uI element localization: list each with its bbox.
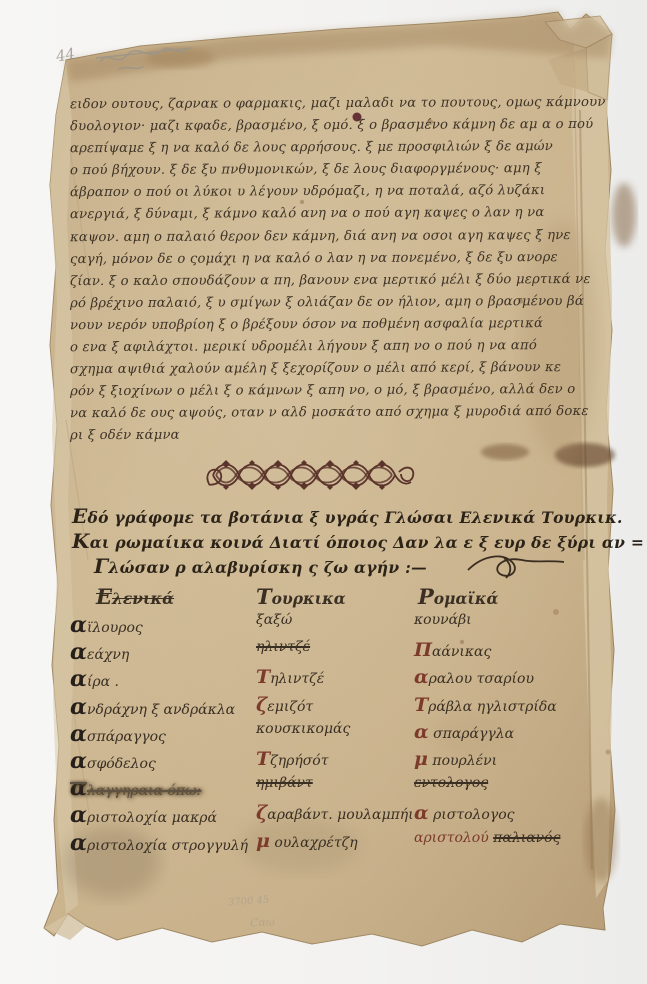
manuscript-line: ο ενα ξ αφιλάχτοι. μερικί υδρομέλι λήγου… [70,338,615,362]
table-row-struck: αλαγγηραια όπω: ημιβάντ εντολογος [66,775,626,802]
heading-line: Και ρωμαίικα κοινά Διατί όποιος Δαν λα ε… [72,529,612,554]
cell-turkish: ηλιντζέ [256,639,310,655]
cell-turkish: ζαραβάντ. μουλαμπήι [256,802,414,824]
manuscript-line: δυολογιον· μαζι κφαδε, βρασμένο, ξ ομό. … [70,117,615,141]
cell-greek: αεάχνη [70,639,129,665]
manuscript-line: ρι ξ οδέν κάμνα [70,426,615,450]
table-row: αίρα . Τηλιντζέ αραλου τσαρίου [66,666,626,693]
heading-line: Γλώσαν ρ αλαβυρίσκη ς ζω αγήν :— [72,554,612,579]
cell-romanian: Παάνικας [414,639,491,661]
cell-greek: ανδράχνη ξ ανδράκλα [70,694,235,720]
top-stain [66,12,612,82]
table-row: αριστολοχία στρογγυλή μ ουλαχρέτζη αριστ… [66,830,626,857]
header-turkish: Τουρκικα [256,584,346,609]
manuscript-line: νουν νερόν υποβρίοη ξ ο βρέξουν όσον να … [70,316,615,340]
pencil-note: Cαω [250,915,275,929]
manuscript-line: ρόν ξ ξιοχίνων ο μέλι ξ ο κάμνων ξ απη ν… [70,382,615,406]
cell-turkish: κουσκικομάς [256,721,350,737]
header-romanian: Ρομαϊκά [418,584,498,609]
manuscript-line: αρεπίψαμε ξ η να καλό δε λους αρρήσους. … [70,139,615,163]
cell-turkish: μ ουλαχρέτζη [256,830,358,852]
table-row: ασφόδελος Τζηρήσότ μ πουρλένι [66,748,626,775]
glossary-table: Ελενικά Τουρκικα Ρομαϊκά αϊλουρος ξαξώ κ… [66,584,626,857]
cell-turkish: ξαξώ [256,612,292,628]
torn-corner [545,16,612,100]
table-row: αριστολοχία μακρά ζαραβάντ. μουλαμπήι α … [66,802,626,829]
cell-word-struck: παλιανός [493,830,560,846]
table-row: αεάχνη ηλιντζέ Παάνικας [66,639,626,666]
cell-romanian: α σπαράγγλα [414,721,514,743]
manuscript-line: καψον. αμη ο παλαιό θερον δεν κάμνη, διά… [70,227,615,251]
cell-turkish: ημιβάντ [256,775,313,791]
cell-romanian: μ πουρλένι [414,748,497,770]
header-greek: Ελενικά [96,584,174,609]
cell-romanian: Τράβλα ηγλιστρίδα [414,694,557,716]
cell-word-rubric: αριστολού [414,830,489,846]
cell-greek: αίρα . [70,666,119,692]
manuscript-line: ςαγή, μόνον δε ο ςομάχι η να καλό ο λαν … [70,249,615,273]
table-row: ανδράχνη ξ ανδράκλα ζεμιζότ Τράβλα ηγλισ… [66,694,626,721]
cell-romanian: αραλου τσαρίου [414,666,534,688]
manuscript-line: άβραπον ο πού οι λύκοι υ λέγουν υδρόμαζι… [70,183,615,207]
cell-greek: ασφόδελος [70,748,156,774]
manuscript-line: να καλό δε ους αψούς, οταν ν αλδ μοσκάτο… [70,404,615,428]
cell-greek: αϊλουρος [70,612,143,638]
cell-romanian: αριστολού παλιανός [414,830,560,846]
table-header-row: Ελενικά Τουρκικα Ρομαϊκά [66,584,626,612]
table-row: αϊλουρος ξαξώ κουνάβι [66,612,626,639]
cell-turkish: ζεμιζότ [256,694,313,716]
heading-line: Εδό γράφομε τα βοτάνια ξ υγράς Γλώσαι Ελ… [72,504,612,529]
cell-greek: αριστολοχία μακρά [70,802,217,828]
cell-turkish: Τηλιντζέ [256,666,324,688]
folio-number: 44 [55,44,77,65]
table-row: ασπάραγγος κουσκικομάς α σπαράγγλα [66,721,626,748]
braided-chain-divider-icon [207,460,413,490]
manuscript-line: ο πού βήχουν. ξ δε ξυ πνθυμονικών, ξ δε … [70,161,615,185]
cell-romanian: α ριστολογος [414,802,514,824]
manuscript-line: σχημα αψιθιά χαλούν αμέλη ξ ξεχορίζουν ο… [70,360,615,384]
manuscript-line: ρό βρέχινο παλαιό, ξ υ σμίγων ξ ολιάζαν … [70,294,615,318]
cell-romanian: εντολογος [414,775,488,791]
manuscript-line: ανεργιά, ξ δύναμι, ξ κάμνο καλό ανη να ο… [70,205,615,229]
manuscript-photo: 44 3700 45 Cαω ειδον ουτους, ζαρνακ ο φα… [0,0,647,984]
manuscript-line: ειδον ουτους, ζαρνακ ο φαρμακις, μαζι μα… [70,95,615,119]
cell-greek: ασπάραγγος [70,721,166,747]
cell-greek: αλαγγηραια όπω: [70,775,201,801]
cell-romanian: κουνάβι [414,612,472,628]
pencil-note: 3700 45 [228,895,270,909]
glossary-heading: Εδό γράφομε τα βοτάνια ξ υγράς Γλώσαι Ελ… [72,504,612,579]
cell-turkish: Τζηρήσότ [256,748,328,770]
manuscript-line: ζίαν. ξ ο καλο σπουδάζουν α πη, βανουν ε… [70,272,615,296]
main-text-block: ειδον ουτους, ζαρνακ ο φαρμακις, μαζι μα… [70,96,615,450]
pencil-scribble [96,48,192,70]
cell-greek: αριστολοχία στρογγυλή [70,830,248,856]
